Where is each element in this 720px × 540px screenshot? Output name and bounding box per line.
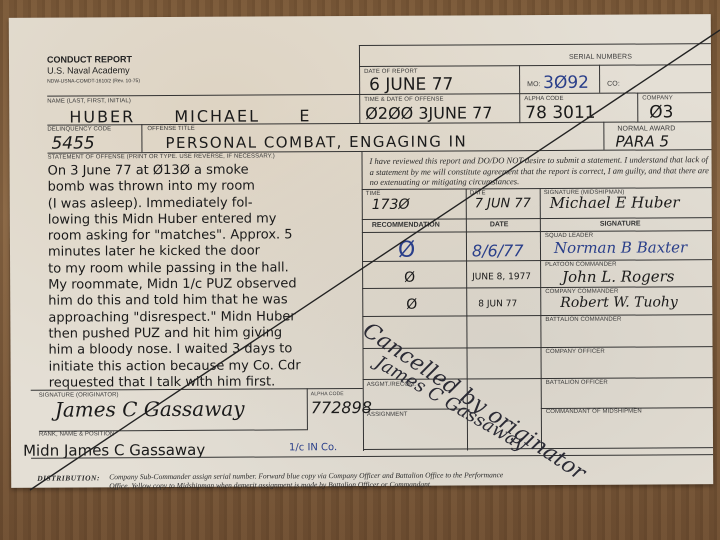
review-time-value: 173Ø: [372, 197, 410, 213]
divider: [466, 218, 468, 378]
conduct-report-form: CONDUCT REPORT U.S. Naval Academy NDW-US…: [9, 14, 713, 488]
divider: [599, 65, 600, 93]
delinquency-code-value: 5455: [51, 133, 94, 153]
review-statement: I have reviewed this report and DO/DO NO…: [370, 154, 710, 187]
divider: [466, 188, 467, 218]
distribution-heading: DISTRIBUTION:: [37, 473, 100, 482]
squad-leader-date: 8/6/77: [472, 241, 524, 260]
divider: [362, 230, 712, 233]
distribution-note: DISTRIBUTION: Company Sub-Commander assi…: [37, 473, 100, 482]
squad-leader-signature: Norman B Baxter: [554, 238, 687, 257]
divider: [519, 93, 520, 123]
midshipman-signature: Michael E Huber: [550, 193, 680, 212]
battalion-commander-label: BATTALION COMMANDER: [545, 317, 621, 323]
time-date-offense-value: Ø2ØØ 3JUNE 77: [365, 103, 492, 123]
serial-numbers-label: SERIAL NUMBERS: [569, 54, 632, 61]
alpha-code-originator-label: ALPHA CODE: [311, 391, 344, 397]
divider: [141, 124, 142, 152]
divider: [637, 93, 638, 123]
offense-title-label: OFFENSE TITLE: [147, 126, 195, 132]
normal-award-value: PARA 5: [615, 132, 669, 150]
serial-mo-value: 3Ø92: [543, 73, 589, 93]
platoon-commander-date: JUNE 8, 1977: [472, 272, 531, 282]
originator-class-company: 1/c IN Co.: [289, 442, 337, 453]
company-commander-signature: Robert W. Tuohy: [560, 294, 678, 311]
company-value: Ø3: [649, 102, 673, 122]
co-label: CO:: [607, 81, 620, 88]
divider: [519, 65, 520, 93]
form-title: CONDUCT REPORT: [47, 54, 132, 64]
squad-leader-recommendation: Ø: [398, 238, 415, 263]
divider: [362, 286, 712, 289]
form-org: U.S. Naval Academy: [47, 65, 130, 75]
battalion-officer-label: BATTALION OFFICER: [546, 380, 608, 386]
statement-label: STATEMENT OF OFFENSE (Print or type. Use…: [47, 153, 274, 160]
signature-header: SIGNATURE: [600, 221, 641, 228]
divider: [603, 122, 604, 150]
divider: [362, 187, 712, 190]
assignment-label: ASSIGNMENT: [367, 412, 408, 418]
delinquency-code-label: DELINQUENCY CODE: [47, 126, 111, 132]
originator-signature: James C Gassaway: [55, 397, 245, 422]
company-label: COMPANY: [642, 95, 673, 101]
alpha-code-value: 78 3011: [525, 103, 595, 123]
name-label: NAME (Last, First, Initial): [47, 98, 131, 104]
commandant-label: COMMANDANT OF MIDSHIPMEN: [546, 409, 642, 416]
statement-text: On 3 June 77 at Ø13Ø a smoke bomb was th…: [48, 162, 369, 392]
recommendation-header: RECOMMENDATION: [372, 222, 440, 229]
alpha-code-label: ALPHA CODE: [524, 96, 563, 102]
review-date-value: 7 JUN 77: [475, 196, 531, 211]
date-header: DATE: [490, 221, 509, 228]
platoon-commander-signature: John L. Rogers: [562, 267, 674, 286]
divider: [359, 45, 360, 123]
divider: [359, 64, 711, 67]
divider: [362, 217, 712, 220]
divider: [362, 314, 712, 317]
divider: [540, 188, 541, 218]
time-date-offense-label: TIME & DATE OF OFFENSE: [364, 97, 443, 103]
divider: [307, 388, 308, 430]
date-of-report-value: 6 JUNE 77: [369, 75, 453, 95]
divider: [540, 218, 542, 448]
company-commander-date: 8 JUN 77: [478, 299, 517, 309]
company-officer-label: COMPANY OFFICER: [546, 349, 605, 355]
originator-alpha-code: 772898: [311, 398, 372, 417]
divider: [359, 43, 711, 46]
mo-label: MO:: [527, 81, 541, 88]
platoon-commander-recommendation: Ø: [404, 270, 415, 286]
distribution-text: Company Sub-Commander assign serial numb…: [109, 471, 509, 490]
rank-name-position-label: RANK, NAME & POSITION: [39, 431, 114, 437]
company-commander-recommendation: Ø: [406, 297, 417, 313]
form-number: NDW-USNA-COMDT-1610/2 (Rev. 10-75): [47, 78, 140, 84]
offense-title-value: PERSONAL COMBAT, ENGAGING IN: [165, 132, 467, 152]
